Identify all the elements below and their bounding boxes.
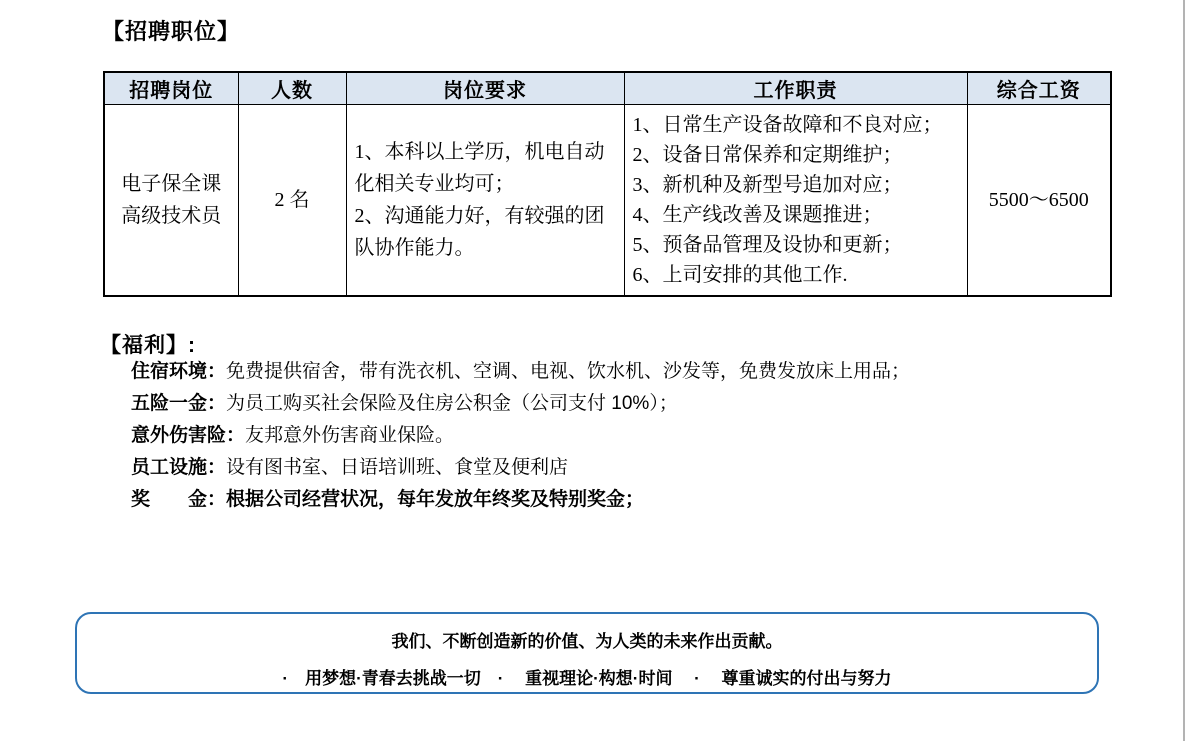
cell-headcount: 2 名 [238, 104, 346, 296]
recruitment-table: 招聘岗位 人数 岗位要求 工作职责 综合工资 电子保全课 高级技术员 2 名 1… [103, 71, 1112, 297]
benefit-value: 免费提供宿舍，带有洗衣机、空调、电视、饮水机、沙发等，免费发放床上用品； [226, 361, 910, 382]
benefit-value: 设有图书室、日语培训班、食堂及便利店 [226, 457, 568, 478]
requirement-item: 2、沟通能力好，有较强的团队协作能力。 [355, 200, 618, 264]
slogan-box: 我们、不断创造新的价值、为人类的未来作出贡献。 · 用梦想·青春去挑战一切 · … [75, 612, 1099, 694]
duty-item: 4、生产线改善及课题推进； [633, 200, 963, 230]
benefit-label: 住宿环境： [131, 361, 226, 382]
slogan-line2: · 用梦想·青春去挑战一切 · 重视理论·构想·时间 · 尊重诚实的付出与努力 [77, 664, 1097, 689]
benefit-label: 奖 金： [131, 489, 226, 510]
table-header-row: 招聘岗位 人数 岗位要求 工作职责 综合工资 [104, 72, 1111, 104]
requirement-item: 1、本科以上学历，机电自动化相关专业均可； [355, 136, 618, 200]
header-requirements: 岗位要求 [346, 72, 624, 104]
table-row: 电子保全课 高级技术员 2 名 1、本科以上学历，机电自动化相关专业均可； 2、… [104, 104, 1111, 296]
page-edge-divider [1183, 0, 1185, 741]
header-salary: 综合工资 [967, 72, 1111, 104]
duty-item: 1、日常生产设备故障和不良对应； [633, 110, 963, 140]
document-page: 【招聘职位】 招聘岗位 人数 岗位要求 工作职责 综合工资 电子保全课 高级技术… [0, 0, 1191, 741]
position-line: 电子保全课 [105, 168, 238, 200]
header-duties: 工作职责 [624, 72, 967, 104]
benefit-item-insurance: 五险一金：为员工购买社会保险及住房公积金（公司支付 10%）； [131, 388, 910, 420]
position-line: 高级技术员 [105, 200, 238, 232]
duty-item: 2、设备日常保养和定期维护； [633, 140, 963, 170]
benefit-item-accident: 意外伤害险：友邦意外伤害商业保险。 [131, 420, 910, 452]
benefit-item-facilities: 员工设施：设有图书室、日语培训班、食堂及便利店 [131, 452, 910, 484]
cell-duties: 1、日常生产设备故障和不良对应； 2、设备日常保养和定期维护； 3、新机种及新型… [624, 104, 967, 296]
duty-item: 5、预备品管理及设协和更新； [633, 230, 963, 260]
header-position: 招聘岗位 [104, 72, 238, 104]
benefit-value: 为员工购买社会保险及住房公积金（公司支付 10%）； [226, 393, 678, 414]
benefit-item-bonus: 奖 金：根据公司经营状况，每年发放年终奖及特别奖金； [131, 484, 910, 516]
benefit-item-housing: 住宿环境：免费提供宿舍，带有洗衣机、空调、电视、饮水机、沙发等，免费发放床上用品… [131, 356, 910, 388]
section-title-benefits: 【福利】: [100, 329, 196, 359]
header-headcount: 人数 [238, 72, 346, 104]
benefit-label: 员工设施： [131, 457, 226, 478]
cell-requirements: 1、本科以上学历，机电自动化相关专业均可； 2、沟通能力好，有较强的团队协作能力… [346, 104, 624, 296]
duty-item: 6、上司安排的其他工作. [633, 260, 963, 290]
cell-salary: 5500～6500 [967, 104, 1111, 296]
benefit-label: 意外伤害险： [131, 425, 245, 446]
slogan-line1: 我们、不断创造新的价值、为人类的未来作出贡献。 [77, 627, 1097, 652]
benefit-value: 友邦意外伤害商业保险。 [245, 425, 454, 446]
duty-item: 3、新机种及新型号追加对应； [633, 170, 963, 200]
benefit-label: 五险一金： [131, 393, 226, 414]
section-title-recruitment: 【招聘职位】 [102, 15, 240, 46]
benefit-value: 根据公司经营状况，每年发放年终奖及特别奖金； [226, 489, 644, 510]
cell-position: 电子保全课 高级技术员 [104, 104, 238, 296]
benefits-list: 住宿环境：免费提供宿舍，带有洗衣机、空调、电视、饮水机、沙发等，免费发放床上用品… [131, 356, 910, 516]
